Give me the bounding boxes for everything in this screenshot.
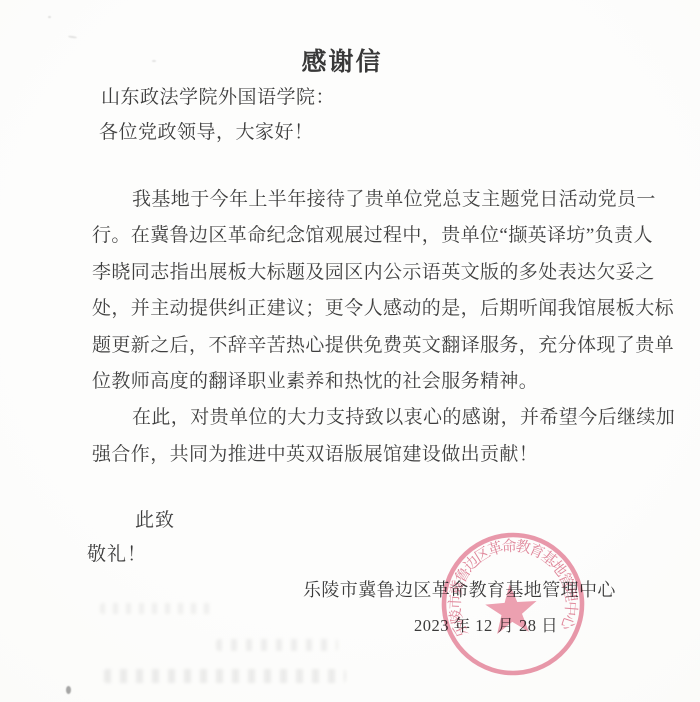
seal-star-icon — [484, 582, 539, 634]
closing-cizhi: 此致 — [135, 505, 175, 532]
body-line: 行。在冀鲁边区革命纪念馆观展过程中，贵单位“撷英译坊”负责人 — [92, 218, 620, 254]
scan-speck — [48, 16, 51, 18]
body-line: 在此，对贵单位的大力支持致以衷心的感谢，并希望今后继续加 — [92, 400, 620, 436]
seal-arc-text: 乐陵市冀鲁边区革命教育基地管理中心 — [442, 533, 581, 642]
bleed-through-mark — [100, 603, 216, 614]
letter-body: 我基地于今年上半年接待了贵单位党总支主题党日活动党员一 行。在冀鲁边区革命纪念馆… — [92, 182, 620, 473]
letter-title: 感谢信 — [0, 42, 692, 78]
scan-speck — [152, 60, 156, 62]
scan-speck — [66, 686, 71, 694]
scan-speck — [68, 35, 77, 38]
seal-arc-text-wrap: 乐陵市冀鲁边区革命教育基地管理中心 — [442, 533, 581, 642]
official-seal: 乐陵市冀鲁边区革命教育基地管理中心 — [422, 513, 603, 694]
scanned-letter-page: 感谢信 山东政法学院外国语学院： 各位党政领导，大家好！ 我基地于今年上半年接待… — [0, 0, 700, 702]
body-line: 位教师高度的翻译职业素养和热忱的社会服务精神。 — [92, 364, 620, 400]
body-line: 处，并主动提供纠正建议；更令人感动的是，后期听闻我馆展板大标 — [92, 291, 620, 327]
salutation-recipient: 山东政法学院外国语学院： — [101, 82, 335, 109]
body-line: 强合作，共同为推进中英双语版展馆建设做出贡献！ — [92, 437, 620, 473]
body-line: 我基地于今年上半年接待了贵单位党总支主题党日活动党员一 — [92, 182, 620, 218]
body-line: 李晓同志指出展板大标题及园区内公示语英文版的多处表达欠妥之 — [92, 255, 620, 291]
bleed-through-mark — [104, 669, 346, 683]
closing-jingli: 敬礼！ — [87, 539, 147, 566]
bleed-through-mark — [216, 639, 338, 651]
body-line: 题更新之后，不辞辛苦热心提供免费英文翻译服务，充分体现了贵单 — [92, 328, 620, 364]
salutation-greeting: 各位党政领导，大家好！ — [99, 117, 314, 144]
